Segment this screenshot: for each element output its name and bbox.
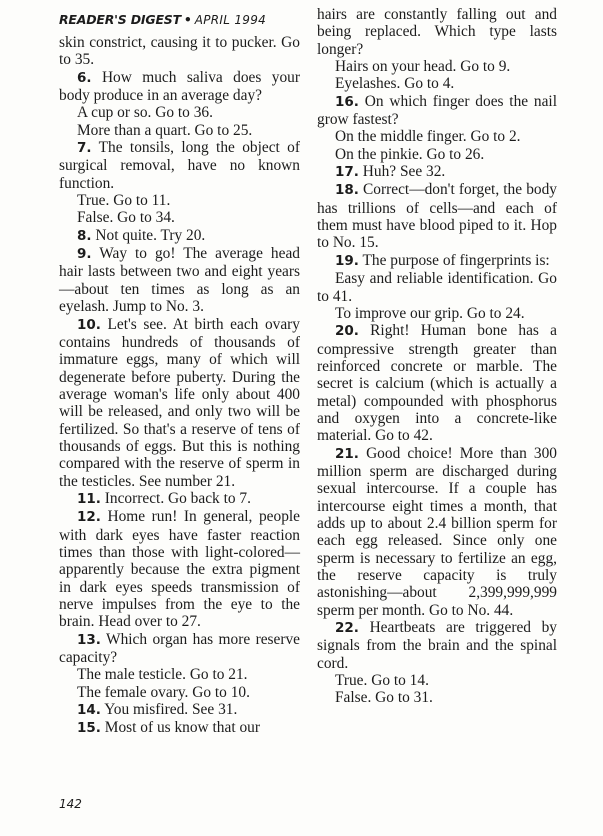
answer-option: False. Go to 34. xyxy=(59,209,300,226)
left-column: skin constrict, causing it to pucker. Go… xyxy=(59,34,300,738)
item-number: 11. xyxy=(77,491,101,507)
header-separator: • xyxy=(184,12,192,27)
item-number: 14. xyxy=(77,702,101,718)
item-text: How much saliva does your body produce i… xyxy=(59,69,300,104)
item-number: 6. xyxy=(77,70,92,86)
item-text: Incorrect. Go back to 7. xyxy=(105,490,251,507)
answer-option: Eyelashes. Go to 4. xyxy=(317,75,557,92)
quiz-item: 17. Huh? See 32. xyxy=(317,163,557,181)
quiz-item: 7. The tonsils, long the object of surgi… xyxy=(59,139,300,192)
issue-date: APRIL 1994 xyxy=(195,13,266,27)
item-text: A cup or so. Go to 36. xyxy=(77,104,213,121)
quiz-item: 20. Right! Human bone has a compressive … xyxy=(317,322,557,444)
item-number: 7. xyxy=(77,140,92,156)
quiz-item: 8. Not quite. Try 20. xyxy=(59,227,300,245)
answer-option: On the middle finger. Go to 2. xyxy=(317,128,557,145)
item-number: 21. xyxy=(335,446,359,462)
item-text: The female ovary. Go to 10. xyxy=(77,684,250,701)
item-number: 16. xyxy=(335,94,359,110)
quiz-item: 19. The purpose of fingerprints is: xyxy=(317,252,557,270)
item-text: The purpose of fingerprints is: xyxy=(363,252,550,269)
quiz-item: 6. How much saliva does your body produc… xyxy=(59,69,300,105)
quiz-item: 12. Home run! In general, people with da… xyxy=(59,508,300,630)
answer-option: The female ovary. Go to 10. xyxy=(59,684,300,701)
item-text: Easy and reliable identification. Go to … xyxy=(317,270,557,304)
item-number: 20. xyxy=(335,323,359,339)
right-column: hairs are constantly falling out and bei… xyxy=(317,6,557,707)
answer-option: To improve our grip. Go to 24. xyxy=(317,305,557,322)
item-text: Not quite. Try 20. xyxy=(95,227,205,244)
page-number: 142 xyxy=(59,797,82,811)
item-text: Home run! In general, people with dark e… xyxy=(59,508,300,630)
running-header: READER'S DIGEST•APRIL 1994 xyxy=(59,12,266,27)
item-text: False. Go to 34. xyxy=(77,209,175,226)
continued-paragraph: skin constrict, causing it to pucker. Go… xyxy=(59,34,300,69)
item-number: 8. xyxy=(77,228,92,244)
quiz-item: 18. Correct—don't forget, the body has t… xyxy=(317,181,557,251)
continued-paragraph: hairs are constantly falling out and bei… xyxy=(317,6,557,58)
item-number: 19. xyxy=(335,253,359,269)
item-text: False. Go to 31. xyxy=(335,689,433,706)
item-text: Eyelashes. Go to 4. xyxy=(335,75,454,92)
item-text: True. Go to 14. xyxy=(335,672,429,689)
quiz-item: 22. Heartbeats are triggered by signals … xyxy=(317,619,557,672)
item-text: To improve our grip. Go to 24. xyxy=(335,305,525,322)
item-number: 22. xyxy=(335,620,359,636)
quiz-item: 15. Most of us know that our xyxy=(59,719,300,737)
item-text: The tonsils, long the object of surgical… xyxy=(59,139,300,192)
item-number: 18. xyxy=(335,182,359,198)
answer-option: Hairs on your head. Go to 9. xyxy=(317,58,557,75)
item-number: 9. xyxy=(77,246,92,262)
item-text: Most of us know that our xyxy=(105,719,260,736)
item-text: Huh? See 32. xyxy=(363,163,446,180)
answer-option: More than a quart. Go to 25. xyxy=(59,122,300,139)
item-number: 17. xyxy=(335,164,359,180)
answer-option: Easy and reliable identification. Go to … xyxy=(317,270,557,305)
item-number: 10. xyxy=(77,317,101,333)
quiz-item: 13. Which organ has more reserve capacit… xyxy=(59,631,300,667)
item-text: Right! Human bone has a compressive stre… xyxy=(317,322,557,444)
answer-option: On the pinkie. Go to 26. xyxy=(317,146,557,163)
quiz-item: 10. Let's see. At birth each ovary conta… xyxy=(59,316,300,490)
item-text: The male testicle. Go to 21. xyxy=(77,666,248,683)
answer-option: The male testicle. Go to 21. xyxy=(59,666,300,683)
quiz-item: 9. Way to go! The average head hair last… xyxy=(59,245,300,315)
quiz-item: 16. On which finger does the nail grow f… xyxy=(317,93,557,129)
item-text: Let's see. At birth each ovary contains … xyxy=(59,316,300,490)
quiz-item: 14. You misfired. See 31. xyxy=(59,701,300,719)
item-number: 15. xyxy=(77,720,101,736)
magazine-name: READER'S DIGEST xyxy=(59,12,181,27)
item-text: More than a quart. Go to 25. xyxy=(77,122,252,139)
item-text: True. Go to 11. xyxy=(77,192,170,209)
quiz-item: 11. Incorrect. Go back to 7. xyxy=(59,490,300,508)
answer-option: True. Go to 14. xyxy=(317,672,557,689)
item-number: 13. xyxy=(77,632,101,648)
item-text: Good choice! More than 300 million sperm… xyxy=(317,445,557,619)
quiz-item: 21. Good choice! More than 300 million s… xyxy=(317,445,557,619)
answer-option: False. Go to 31. xyxy=(317,689,557,706)
item-text: hairs are constantly falling out and bei… xyxy=(317,6,557,58)
item-text: On the middle finger. Go to 2. xyxy=(335,128,521,145)
item-text: Hairs on your head. Go to 9. xyxy=(335,58,510,75)
answer-option: True. Go to 11. xyxy=(59,192,300,209)
item-text: You misfired. See 31. xyxy=(104,701,237,718)
item-text: On the pinkie. Go to 26. xyxy=(335,146,484,163)
answer-option: A cup or so. Go to 36. xyxy=(59,104,300,121)
item-text: Way to go! The average head hair lasts b… xyxy=(59,245,300,315)
item-text: skin constrict, causing it to pucker. Go… xyxy=(59,34,300,68)
item-number: 12. xyxy=(77,509,101,525)
